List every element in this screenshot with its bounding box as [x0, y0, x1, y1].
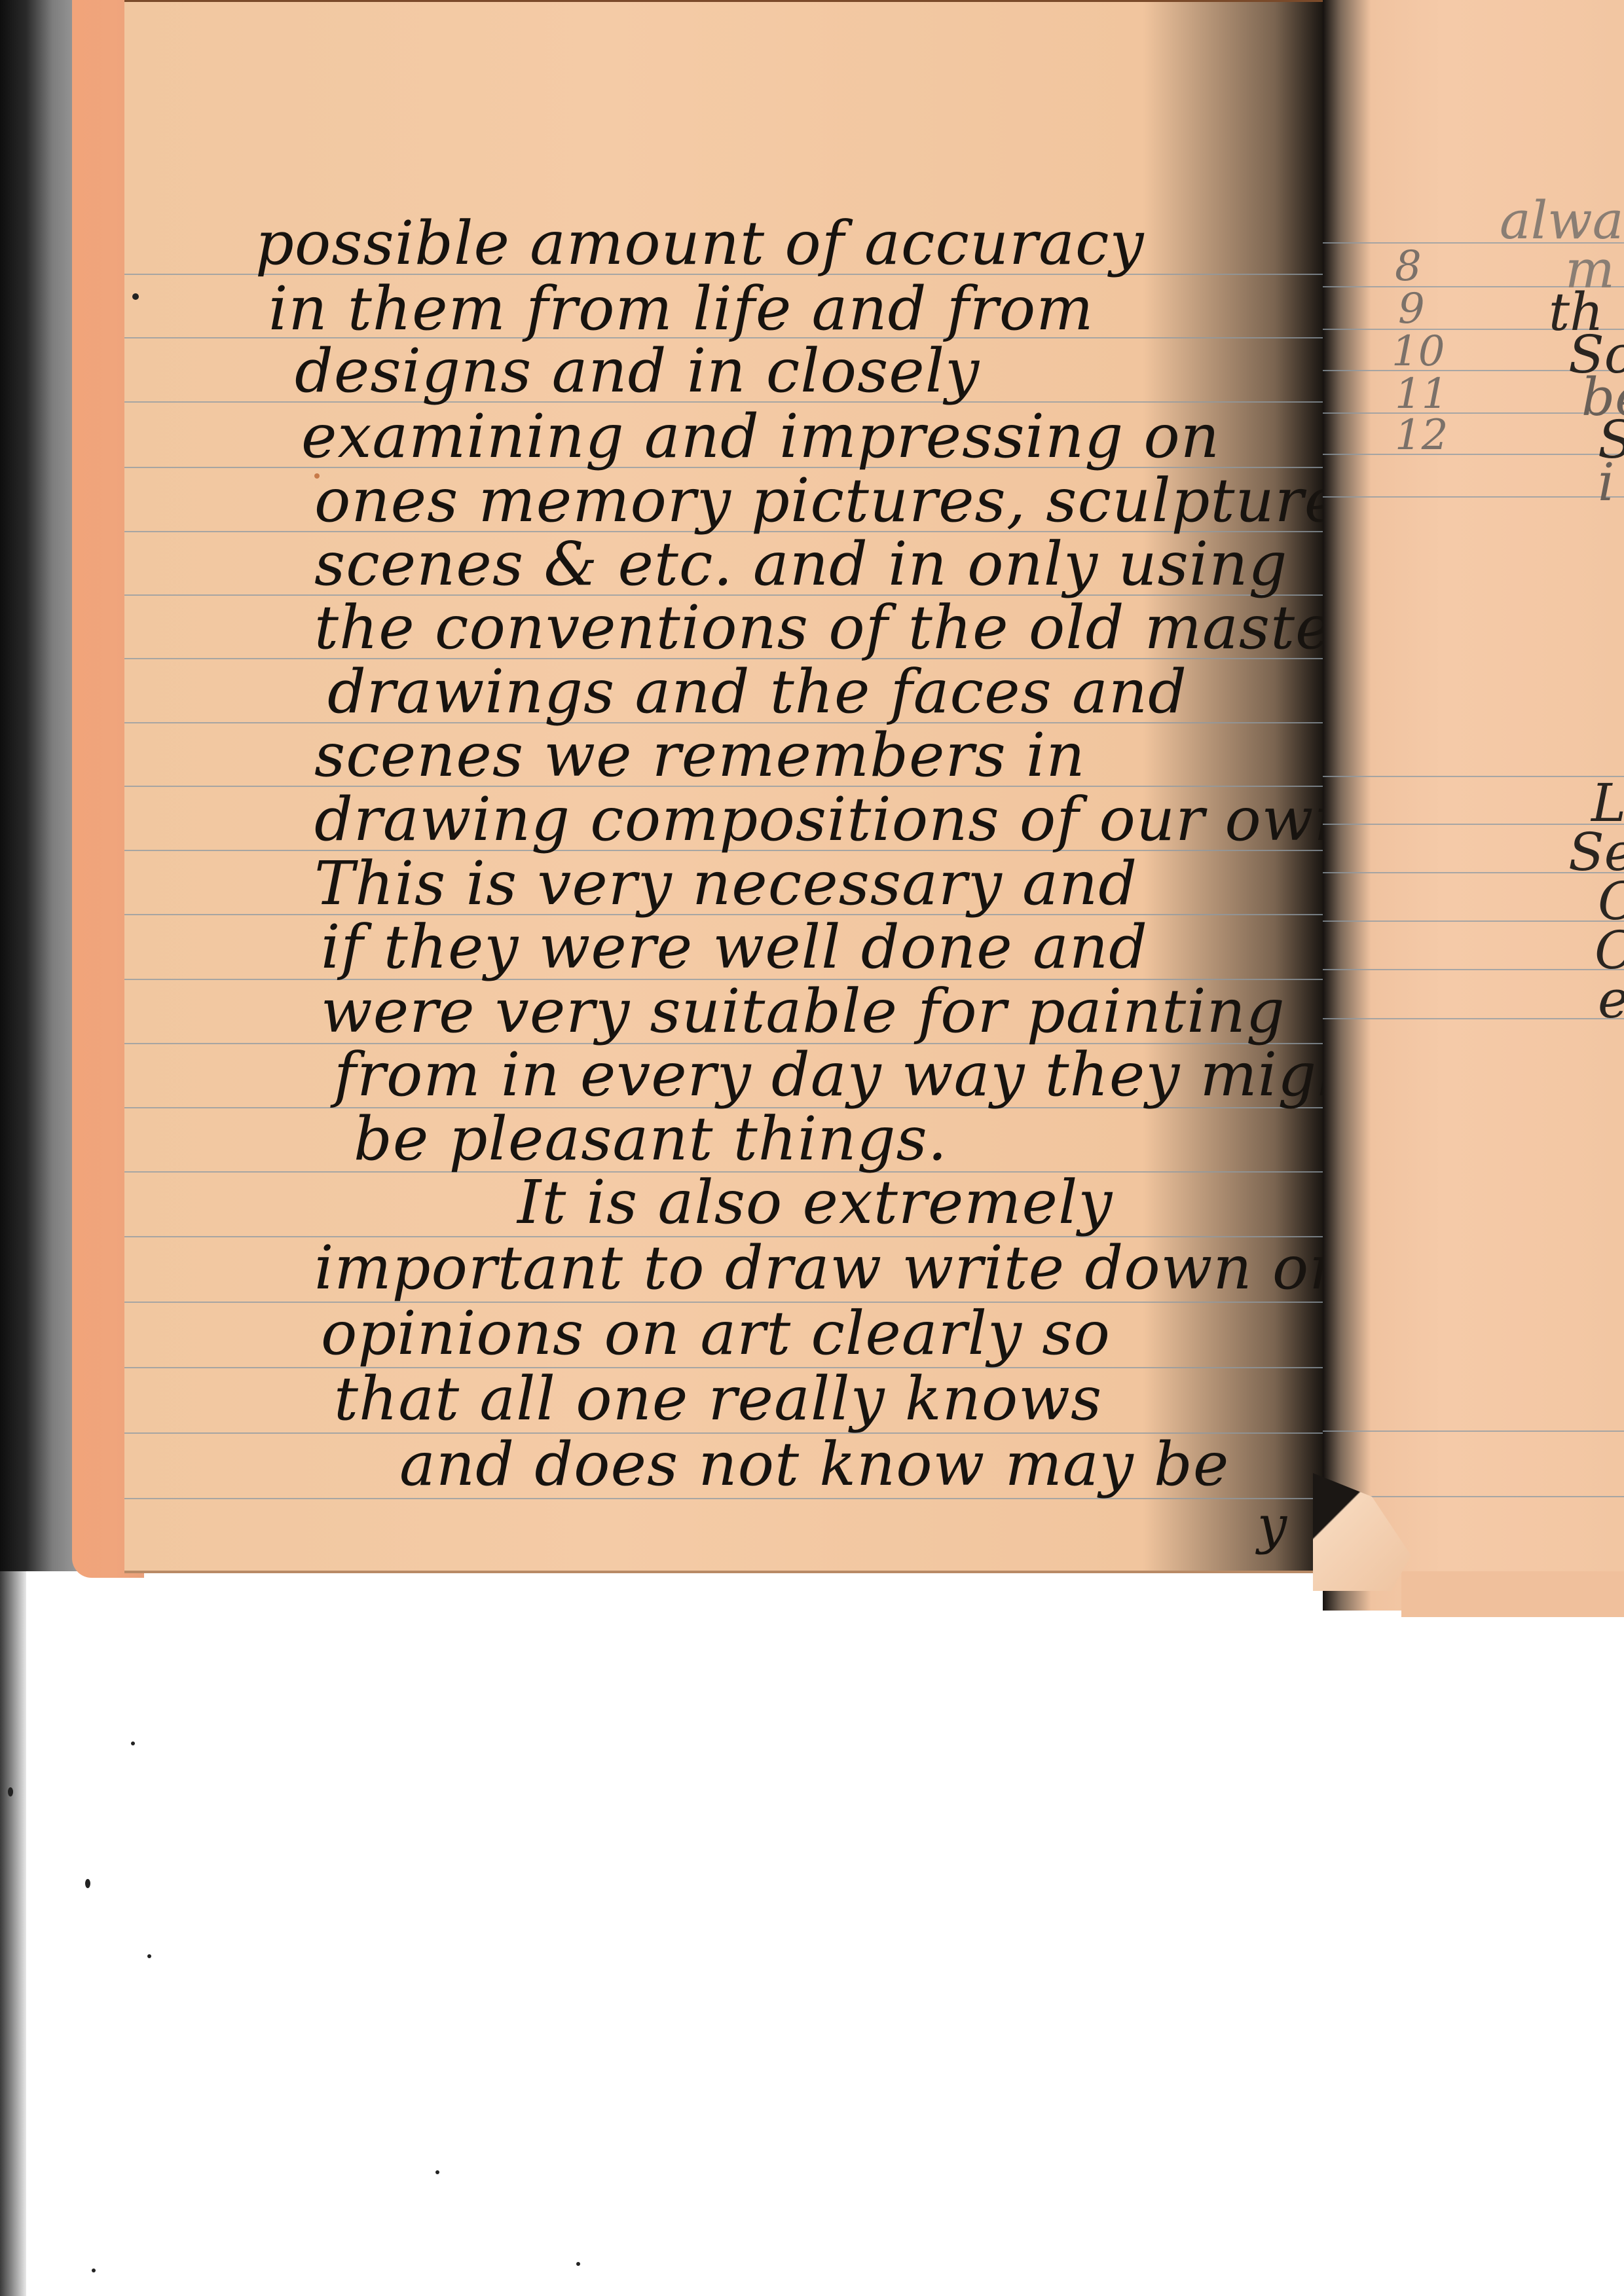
text-line: possible amount of accuracy: [255, 208, 1145, 278]
dust-speck: [92, 2269, 96, 2272]
text-line: drawings and the faces and: [327, 657, 1187, 727]
text-line: ones memory pictures, sculpture: [314, 465, 1323, 536]
text-line: This is very necessary and: [314, 848, 1137, 919]
text-line: from in every day way they might: [334, 1040, 1323, 1110]
rule-line: [1323, 412, 1624, 414]
scanner-edge-lower: [0, 1571, 26, 2296]
rule-line: [1323, 776, 1624, 777]
text-line: in them from life and from: [268, 274, 1094, 344]
text-line: were very suitable for painting: [321, 976, 1285, 1046]
margin-number: 9: [1398, 285, 1425, 333]
right-page-lower-edge: [1401, 1571, 1624, 1617]
text-line: and does not know may be: [399, 1429, 1229, 1499]
text-line: if they were well done and: [321, 912, 1148, 982]
rule-line: [1323, 1430, 1624, 1432]
rule-line: [1323, 454, 1624, 455]
text-line: examining and impressing on: [301, 401, 1220, 471]
rule-line: [1323, 1018, 1624, 1019]
right-page: 8 9 10 11 12 alwa m th So be S i L Se C …: [1323, 0, 1624, 1611]
text-line: be pleasant things.: [354, 1104, 948, 1174]
dust-speck: [8, 1787, 13, 1796]
dust-speck: [131, 1741, 135, 1745]
text-line: It is also extremely: [517, 1167, 1113, 1237]
text-fragment: e: [1598, 969, 1624, 1030]
text-line: opinions on art clearly so: [321, 1298, 1111, 1368]
text-line: the conventions of the old master: [314, 592, 1323, 663]
text-line: important to draw write down one's: [314, 1233, 1323, 1303]
rule-line: [1323, 969, 1624, 970]
dust-speck: [435, 2170, 439, 2174]
margin-number: 12: [1395, 411, 1448, 460]
ink-spot: [132, 293, 139, 300]
catchword: y: [1257, 1495, 1287, 1556]
rule-line: [1323, 496, 1624, 498]
text-line: that all one really knows: [334, 1364, 1102, 1434]
dust-speck: [147, 1954, 151, 1958]
handwritten-text: possible amount of accuracy in them from…: [124, 2, 1323, 1573]
dust-speck: [576, 2262, 580, 2266]
rule-line: [1323, 920, 1624, 922]
stain-spot: [314, 473, 320, 479]
text-line: scenes we remembers in: [314, 720, 1086, 790]
text-line: drawing compositions of our own: [314, 784, 1323, 854]
margin-number: 10: [1392, 327, 1445, 376]
text-line: scenes & etc. and in only using: [314, 529, 1287, 599]
margin-number: 8: [1395, 242, 1422, 291]
text-fragment: i: [1598, 452, 1615, 513]
left-page: possible amount of accuracy in them from…: [124, 0, 1323, 1573]
text-line: designs and in closely: [295, 336, 980, 406]
dust-speck: [85, 1879, 90, 1888]
